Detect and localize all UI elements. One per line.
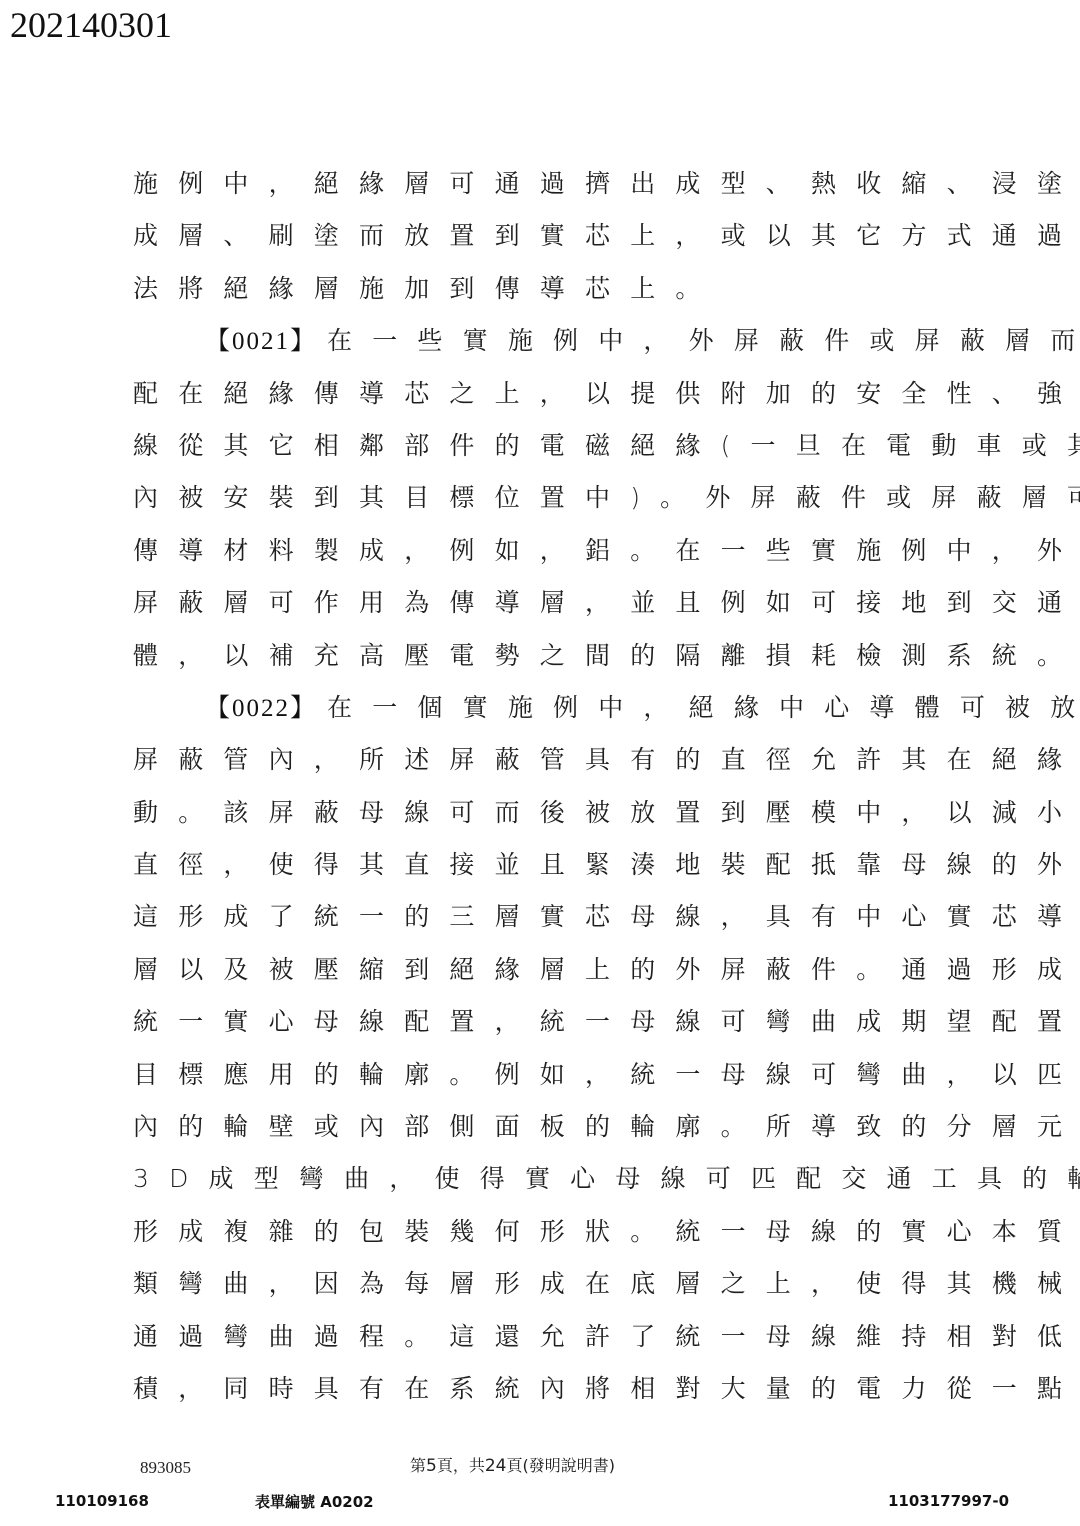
serial-number: 1103177997-0 [888,1492,1009,1510]
line-text: 積，同時具有在系統內將相對大量的電力從一點傳送到另 [133,1374,1080,1403]
text-line: 法將絕緣層施加到傳導芯上。 [133,263,953,315]
line-text: 配在絕緣傳導芯之上，以提供附加的安全性、強度以及母 [133,379,1080,408]
line-text: 目標應用的輪廓。例如，統一母線可彎曲，以匹配電動車 [133,1060,1080,1089]
line-text: 在一個實施例中，絕緣中心導體可被放置在 [327,693,1080,722]
text-line: 形成複雜的包裝幾何形狀。統一母線的實心本質允許了此 [133,1206,953,1258]
line-text: 層以及被壓縮到絕緣層上的外屏蔽件。通過形成此類型的 [133,955,1080,984]
line-text: 屏蔽管內，所述屏蔽管具有的直徑允許其在絕緣芯之上滑 [133,745,1080,774]
text-line: 類彎曲，因為每層形成在底層之上，使得其機械支撐彼此 [133,1258,953,1310]
doc-number: 202140301 [10,4,172,46]
page-suffix: 頁(發明說明書) [507,1456,616,1475]
paragraph-number: 【0022】 [205,695,317,722]
text-line: 線從其它相鄰部件的電磁絕緣(一旦在電動車或其它系統 [133,420,953,472]
text-line: 成層、刷塗而放置到實芯上，或以其它方式通過熟知的方 [133,210,953,262]
footer-code: 893085 [140,1458,191,1478]
page-total: 24 [485,1456,507,1476]
paragraph-start: 【0021】在一些實施例中，外屏蔽件或屏蔽層而後裝 [133,315,953,367]
line-text: 線從其它相鄰部件的電磁絕緣(一旦在電動車或其它系統 [133,431,1080,460]
line-text: 傳導材料製成，例如，鋁。在一些實施例中，外屏蔽件或 [133,536,1080,565]
text-line: 3D成型彎曲，使得實心母線可匹配交通工具的輪廓，並且 [133,1153,953,1205]
line-text: 通過彎曲過程。這還允許了統一母線維持相對低的截面面 [133,1322,1080,1351]
application-number: 110109168 [55,1492,149,1510]
text-line: 內被安裝到其目標位置中)。外屏蔽件或屏蔽層可由任何 [133,472,953,524]
line-text: 法將絕緣層施加到傳導芯上。 [133,274,721,303]
text-line: 統一實心母線配置，統一母線可彎曲成期望配置，以匹配 [133,996,953,1048]
text-line: 積，同時具有在系統內將相對大量的電力從一點傳送到另 [133,1363,953,1415]
line-text: 這形成了統一的三層實芯母線，具有中心實芯導體、絕緣 [133,902,1080,931]
line-text: 動。該屏蔽母線可而後被放置到壓模中，以減小屏蔽管的 [133,798,1080,827]
text-line: 配在絕緣傳導芯之上，以提供附加的安全性、強度以及母 [133,368,953,420]
text-line: 體，以補充高壓電勢之間的隔離損耗檢測系統。 [133,630,953,682]
text-line: 通過彎曲過程。這還允許了統一母線維持相對低的截面面 [133,1311,953,1363]
paragraph-number: 【0021】 [205,328,317,355]
form-number: 表單編號 A0202 [255,1491,374,1512]
line-text: 形成複雜的包裝幾何形狀。統一母線的實心本質允許了此 [133,1217,1080,1246]
line-text: 成層、刷塗而放置到實芯上，或以其它方式通過熟知的方 [133,221,1080,250]
text-line: 傳導材料製成，例如，鋁。在一些實施例中，外屏蔽件或 [133,525,953,577]
line-text: 3D成型彎曲，使得實心母線可匹配交通工具的輪廓，並且 [133,1164,1080,1193]
text-line: 動。該屏蔽母線可而後被放置到壓模中，以減小屏蔽管的 [133,787,953,839]
text-line: 這形成了統一的三層實芯母線，具有中心實芯導體、絕緣 [133,891,953,943]
text-line: 屏蔽層可作用為傳導層，並且例如可接地到交通工具主 [133,577,953,629]
page-mid: 頁，共 [437,1456,485,1475]
line-text: 內被安裝到其目標位置中)。外屏蔽件或屏蔽層可由任何 [133,483,1080,512]
paragraph-start: 【0022】在一個實施例中，絕緣中心導體可被放置在 [133,682,953,734]
line-text: 屏蔽層可作用為傳導層，並且例如可接地到交通工具主 [133,588,1080,617]
line-text: 直徑，使得其直接並且緊湊地裝配抵靠母線的外絕緣層。 [133,850,1080,879]
text-line: 屏蔽管內，所述屏蔽管具有的直徑允許其在絕緣芯之上滑 [133,734,953,786]
text-line: 內的輪壁或內部側面板的輪廓。所導致的分層元件可經受 [133,1101,953,1153]
text-line: 施例中，絕緣層可通過擠出成型、熱收縮、浸塗、噴塗、 [133,158,953,210]
line-text: 施例中，絕緣層可通過擠出成型、熱收縮、浸塗、噴塗、 [133,169,1080,198]
line-text: 統一實心母線配置，統一母線可彎曲成期望配置，以匹配 [133,1007,1080,1036]
line-text: 在一些實施例中，外屏蔽件或屏蔽層而後裝 [327,326,1080,355]
line-text: 體，以補充高壓電勢之間的隔離損耗檢測系統。 [133,641,1080,670]
page-indicator: 第5頁，共24頁(發明說明書) [410,1453,615,1476]
text-line: 目標應用的輪廓。例如，統一母線可彎曲，以匹配電動車 [133,1049,953,1101]
line-text: 類彎曲，因為每層形成在底層之上，使得其機械支撐彼此 [133,1269,1080,1298]
page-current: 5 [426,1456,437,1476]
body-text: 施例中，絕緣層可通過擠出成型、熱收縮、浸塗、噴塗、 成層、刷塗而放置到實芯上，或… [133,158,953,1415]
line-text: 內的輪壁或內部側面板的輪廓。所導致的分層元件可經受 [133,1112,1080,1141]
text-line: 直徑，使得其直接並且緊湊地裝配抵靠母線的外絕緣層。 [133,839,953,891]
page-prefix: 第 [410,1456,426,1475]
text-line: 層以及被壓縮到絕緣層上的外屏蔽件。通過形成此類型的 [133,944,953,996]
